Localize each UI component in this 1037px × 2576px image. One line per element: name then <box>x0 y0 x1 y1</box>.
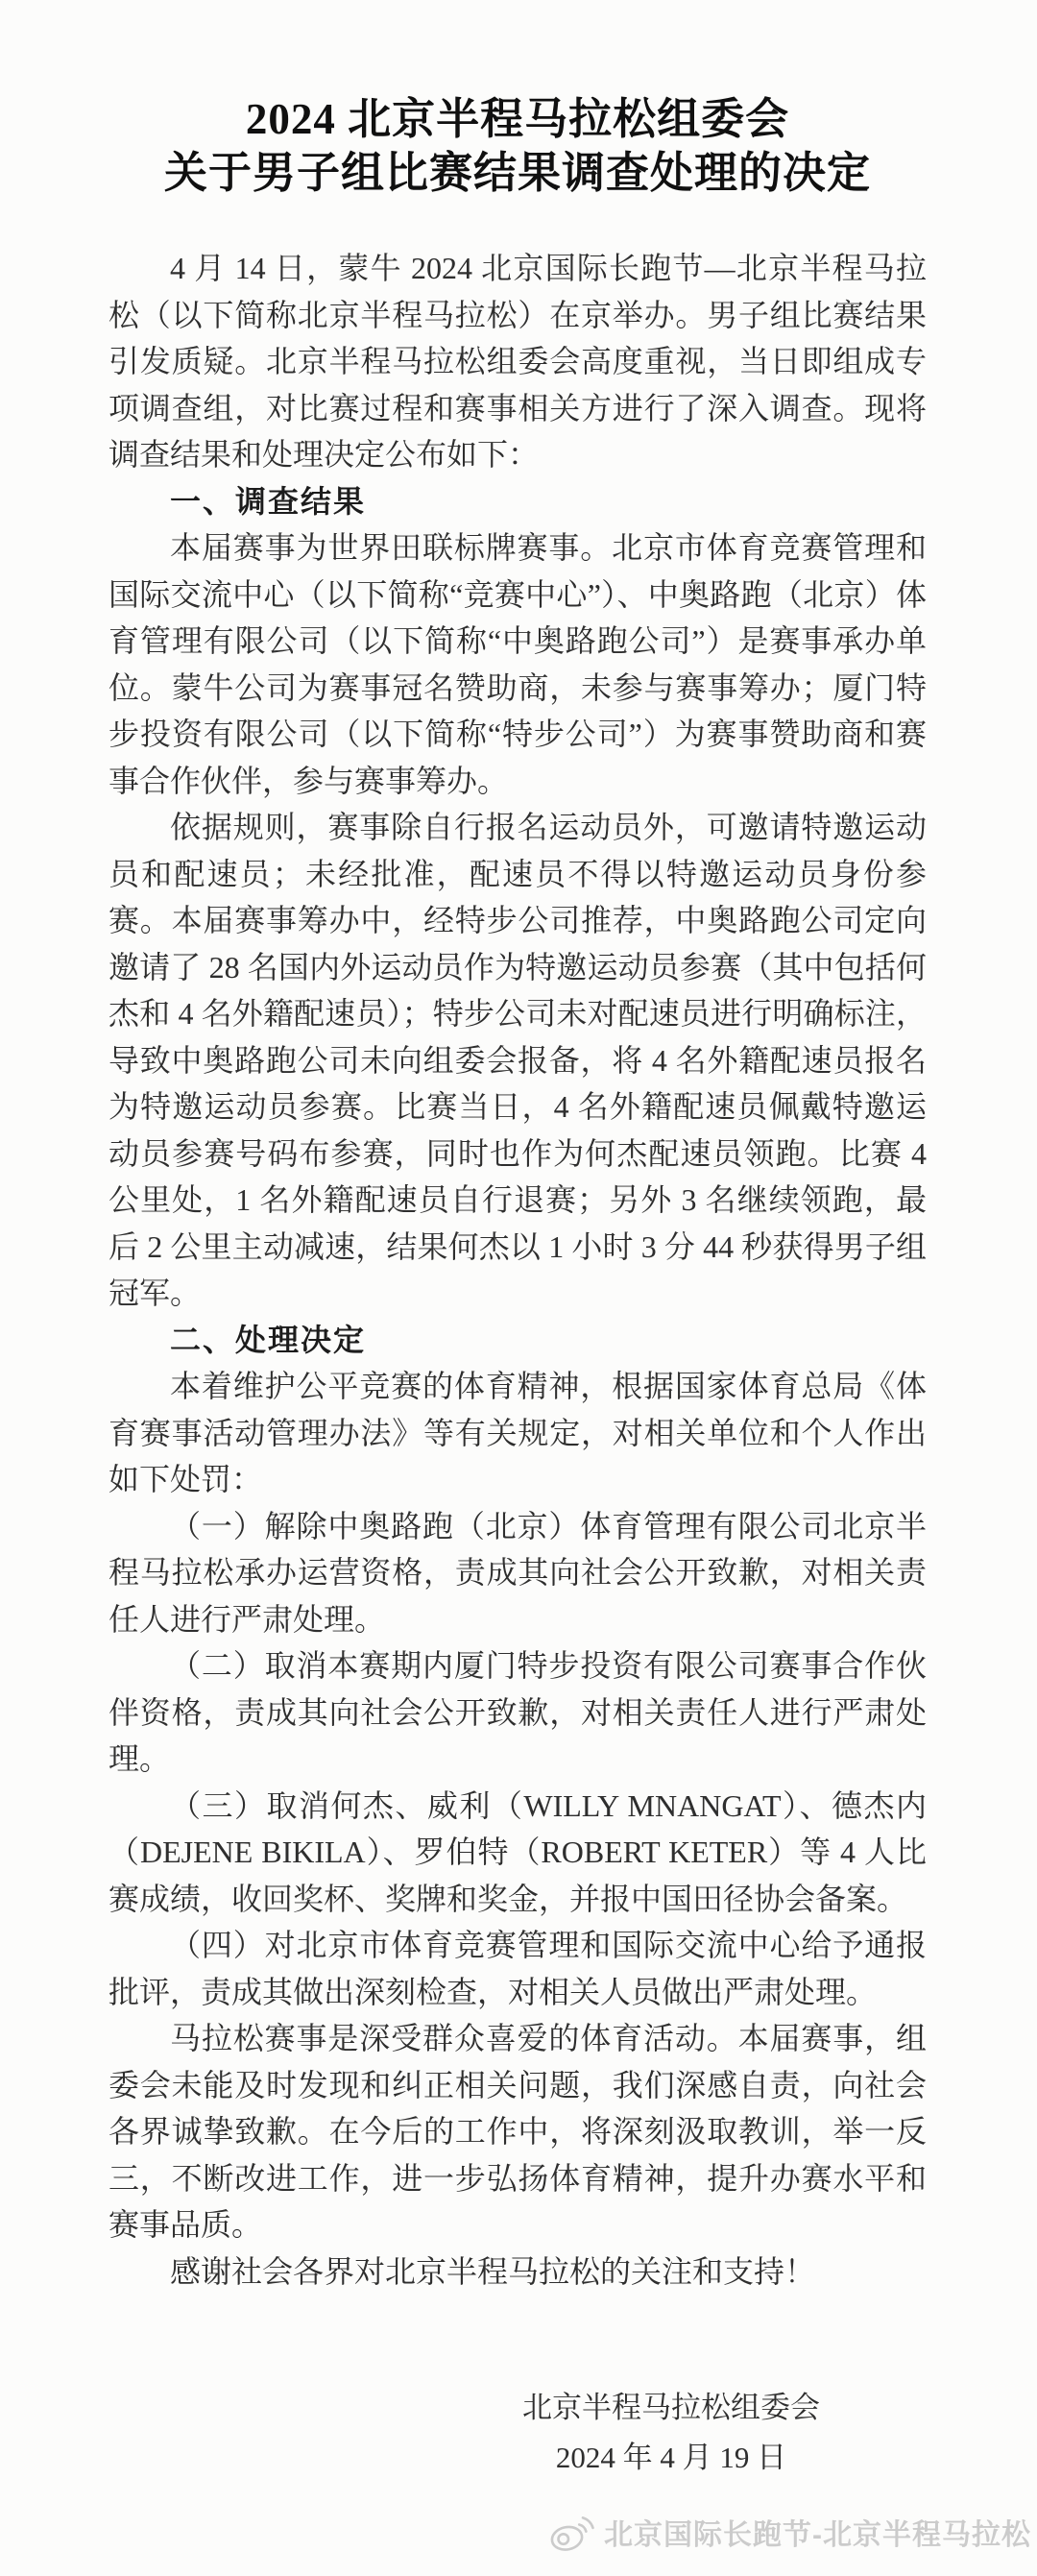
section-heading-1: 一、调查结果 <box>109 478 927 525</box>
title-line-2: 关于男子组比赛结果调查处理的决定 <box>109 146 927 200</box>
signature-date: 2024 年 4 月 19 日 <box>479 2433 863 2483</box>
weibo-logo-icon <box>548 2509 594 2555</box>
document-title: 2024 北京半程马拉松组委会 关于男子组比赛结果调查处理的决定 <box>109 92 927 200</box>
signature-block: 北京半程马拉松组委会 2024 年 4 月 19 日 <box>479 2383 863 2483</box>
paragraph: （三）取消何杰、威利（WILLY MNANGAT）、德杰内（DEJENE BIK… <box>109 1783 927 1923</box>
paragraph: 马拉松赛事是深受群众喜爱的体育活动。本届赛事，组委会未能及时发现和纠正相关问题，… <box>109 2015 927 2248</box>
watermark: 北京国际长跑节-北京半程马拉松 <box>548 2509 1031 2555</box>
paragraph: （二）取消本赛期内厦门特步投资有限公司赛事合作伙伴资格，责成其向社会公开致歉，对… <box>109 1642 927 1783</box>
paragraph: （四）对北京市体育竞赛管理和国际交流中心给予通报批评，责成其做出深刻检查，对相关… <box>109 1922 927 2015</box>
paragraph: 依据规则，赛事除自行报名运动员外，可邀请特邀运动员和配速员；未经批准，配速员不得… <box>109 804 927 1317</box>
watermark-text: 北京国际长跑节-北京半程马拉松 <box>604 2511 1031 2553</box>
paragraph: 本届赛事为世界田联标牌赛事。北京市体育竞赛管理和国际交流中心（以下简称“竞赛中心… <box>109 524 927 804</box>
document-page: 2024 北京半程马拉松组委会 关于男子组比赛结果调查处理的决定 4 月 14 … <box>0 0 1037 2576</box>
document-body: 2024 北京半程马拉松组委会 关于男子组比赛结果调查处理的决定 4 月 14 … <box>109 0 927 2483</box>
document-content: 4 月 14 日，蒙牛 2024 北京国际长跑节—北京半程马拉松（以下简称北京半… <box>109 245 927 2295</box>
paragraph: 本着维护公平竞赛的体育精神，根据国家体育总局《体育赛事活动管理办法》等有关规定，… <box>109 1363 927 1503</box>
paragraph: 感谢社会各界对北京半程马拉松的关注和支持！ <box>109 2248 927 2296</box>
signature-org: 北京半程马拉松组委会 <box>479 2383 863 2433</box>
paragraph: 4 月 14 日，蒙牛 2024 北京国际长跑节—北京半程马拉松（以下简称北京半… <box>109 245 927 478</box>
title-line-1: 2024 北京半程马拉松组委会 <box>109 92 927 146</box>
paragraph: （一）解除中奥路跑（北京）体育管理有限公司北京半程马拉松承办运营资格，责成其向社… <box>109 1503 927 1643</box>
section-heading-2: 二、处理决定 <box>109 1317 927 1364</box>
